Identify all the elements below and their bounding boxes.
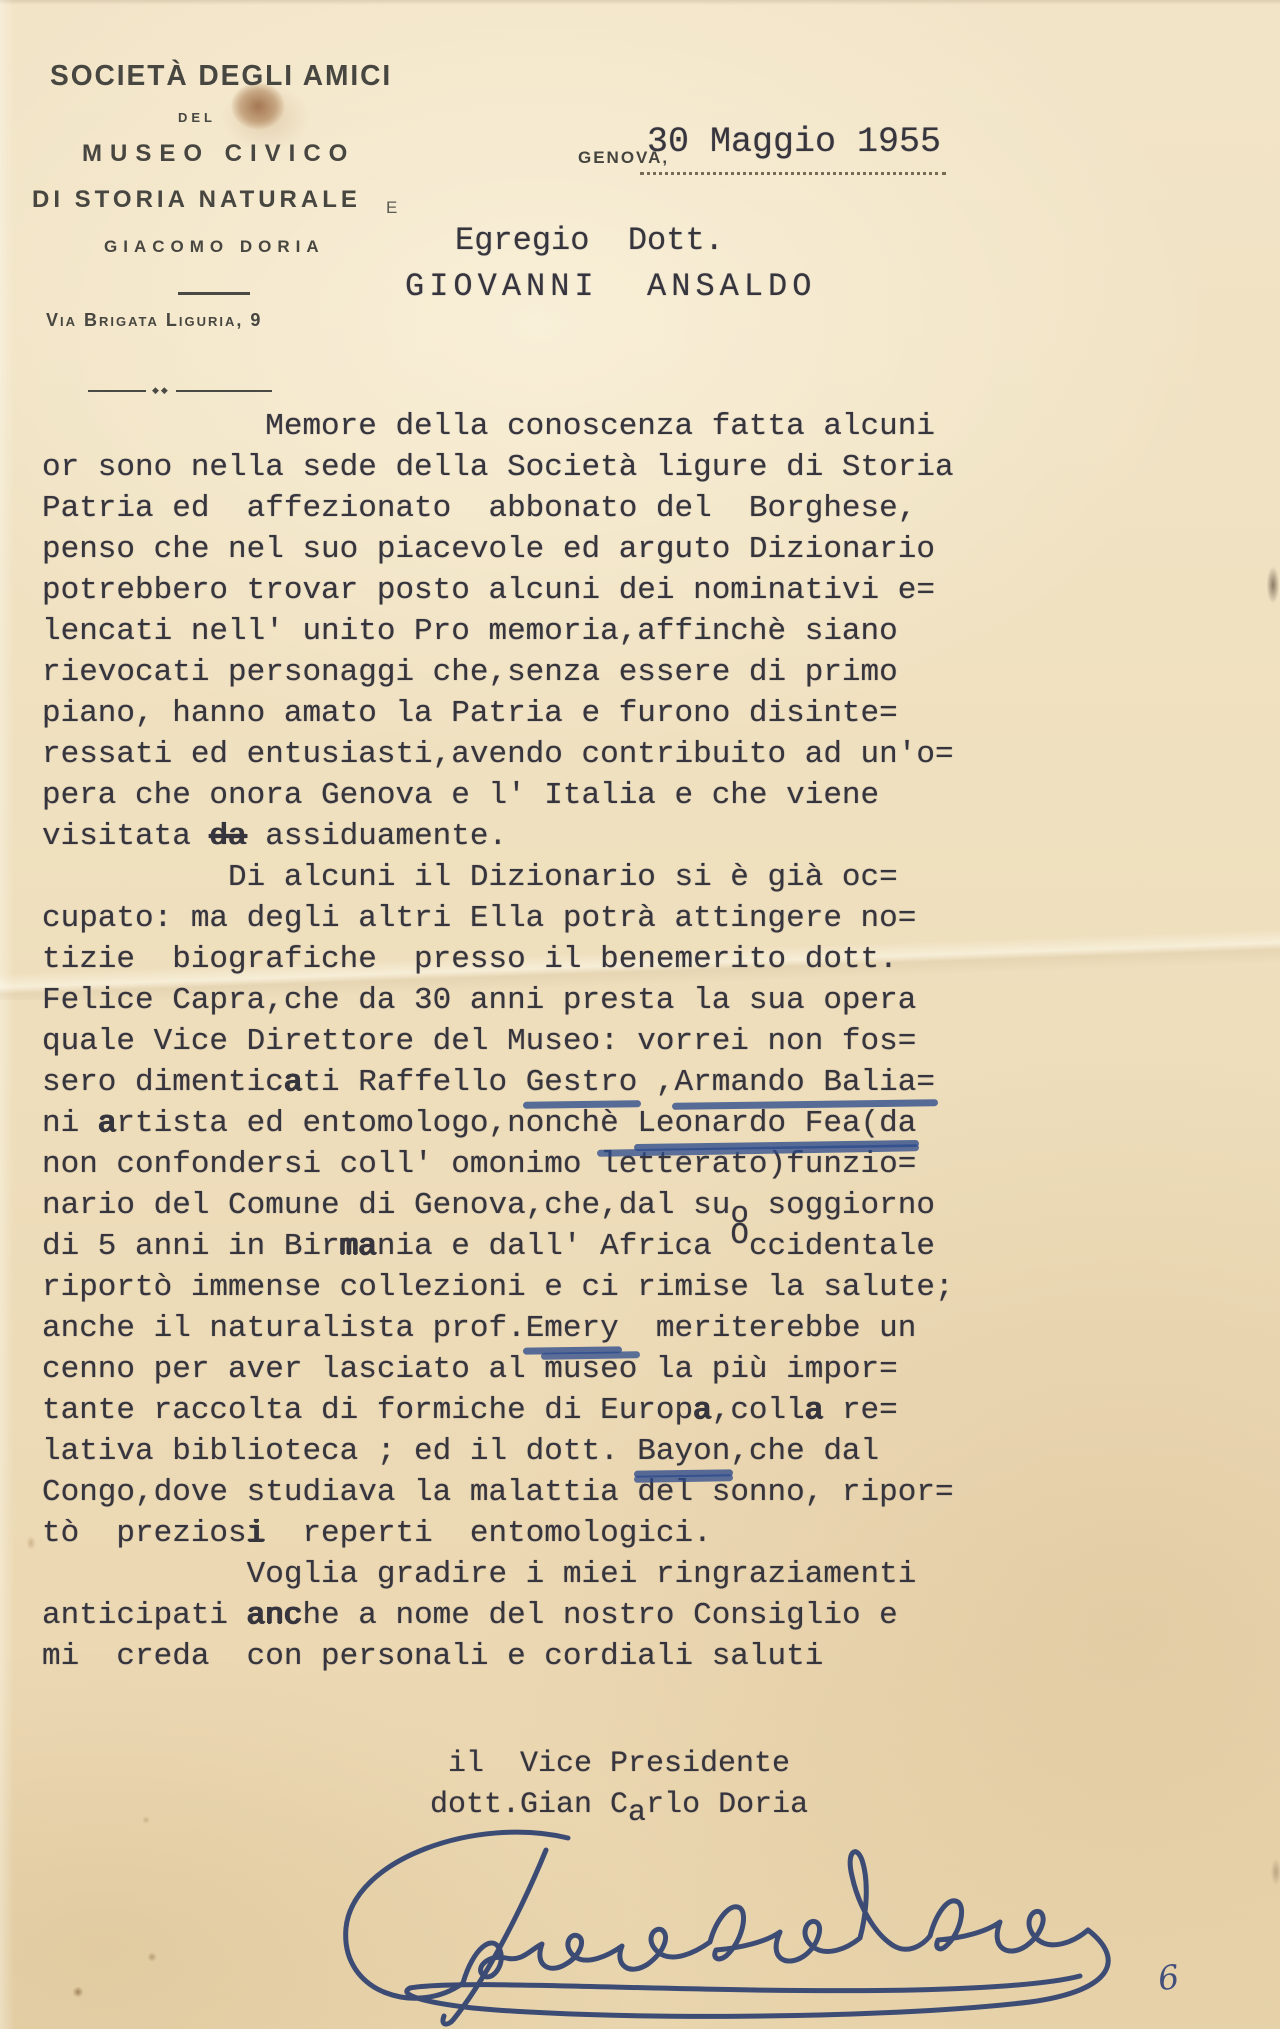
addressee-name: GIOVANNI ANSALDO: [405, 268, 816, 305]
letter-line-12: Di alcuni il Dizionario si è già oc=: [42, 857, 954, 898]
letter-line-13: cupato: ma degli altri Ella potrà atting…: [42, 898, 954, 939]
letter-line-23: anche il naturalista prof.Emery meritere…: [42, 1308, 954, 1349]
letter-line-28: tò preziosi reperti entomologici.: [42, 1513, 954, 1554]
letter-line-29: Voglia gradire i miei ringraziamenti: [42, 1554, 954, 1595]
letter-line-26: lativa biblioteca ; ed il dott. Bayon,ch…: [42, 1431, 954, 1472]
ornament-diamonds: ◆◆: [152, 386, 170, 395]
letter-line-9: ressati ed entusiasti,avendo contribuito…: [42, 734, 954, 775]
letter-line-24: cenno per aver lasciato al museo la più …: [42, 1349, 954, 1390]
letterhead-divider: [178, 292, 250, 295]
stray-typed-character: E: [386, 198, 397, 218]
ornament-line-right: [176, 390, 272, 392]
letterhead-giacomo-doria: GIACOMO DORIA: [104, 237, 325, 257]
letter-line-19: non confondersi coll' omonimo letterato)…: [42, 1144, 954, 1185]
letter-line-14: tizie biografiche presso il benemerito d…: [42, 939, 954, 980]
letterhead-storia-naturale: DI STORIA NATURALE: [32, 186, 361, 214]
letter-line-31: mi creda con personali e cordiali saluti: [42, 1636, 954, 1677]
letter-body: Memore della conoscenza fatta alcunior s…: [42, 406, 954, 1677]
letter-line-20: nario del Comune di Genova,che,dal suo s…: [42, 1185, 954, 1226]
letterhead-ornament-divider: ◆◆: [88, 386, 272, 395]
closing-line-1: il Vice Presidente: [430, 1742, 808, 1783]
letter-line-27: Congo,dove studiava la malattia del sonn…: [42, 1472, 954, 1513]
letter-page: SOCIETÀ DEGLI AMICI DEL MUSEO CIVICO DI …: [0, 0, 1280, 2029]
letter-line-30: anticipati anche a nome del nostro Consi…: [42, 1595, 954, 1636]
letter-line-6: lencati nell' unito Pro memoria,affinchè…: [42, 611, 954, 652]
letter-line-21: di 5 anni in Birmania e dall' Africa Occ…: [42, 1226, 954, 1267]
ornament-line-left: [88, 390, 146, 392]
signature-handwriting: [268, 1798, 1148, 2027]
letter-line-8: piano, hanno amato la Patria e furono di…: [42, 693, 954, 734]
typed-date: 30 Maggio 1955: [647, 122, 941, 162]
page-number: 6: [1156, 1957, 1182, 1998]
addressee-salutation: Egregio Dott.: [455, 222, 724, 259]
letter-line-4: penso che nel suo piacevole ed arguto Di…: [42, 529, 954, 570]
letter-line-3: Patria ed affezionato abbonato del Borgh…: [42, 488, 954, 529]
letter-line-25: tante raccolta di formiche di Europa,col…: [42, 1390, 954, 1431]
letter-line-5: potrebbero trovar posto alcuni dei nomin…: [42, 570, 954, 611]
letter-line-22: riportò immense collezioni e ci rimise l…: [42, 1267, 954, 1308]
letterhead-del: DEL: [178, 110, 216, 125]
letter-line-17: sero dimenticati Raffello Gestro ,Armand…: [42, 1062, 954, 1103]
letter-line-11: visitata da assiduamente.: [42, 816, 954, 857]
letter-line-7: rievocati personaggi che,senza essere di…: [42, 652, 954, 693]
letter-line-15: Felice Capra,che da 30 anni presta la su…: [42, 980, 954, 1021]
letterhead-society-name: SOCIETÀ DEGLI AMICI: [50, 60, 392, 93]
letter-line-2: or sono nella sede della Società ligure …: [42, 447, 954, 488]
letter-line-10: pera che onora Genova e l' Italia e che …: [42, 775, 954, 816]
letter-line-18: ni artista ed entomologo,nonchè Leonardo…: [42, 1103, 954, 1144]
letterhead-address: Via Brigata Liguria, 9: [46, 310, 262, 331]
letterhead-museo-civico: MUSEO CIVICO: [82, 140, 355, 168]
letter-line-1: Memore della conoscenza fatta alcuni: [42, 406, 954, 447]
letter-line-16: quale Vice Direttore del Museo: vorrei n…: [42, 1021, 954, 1062]
